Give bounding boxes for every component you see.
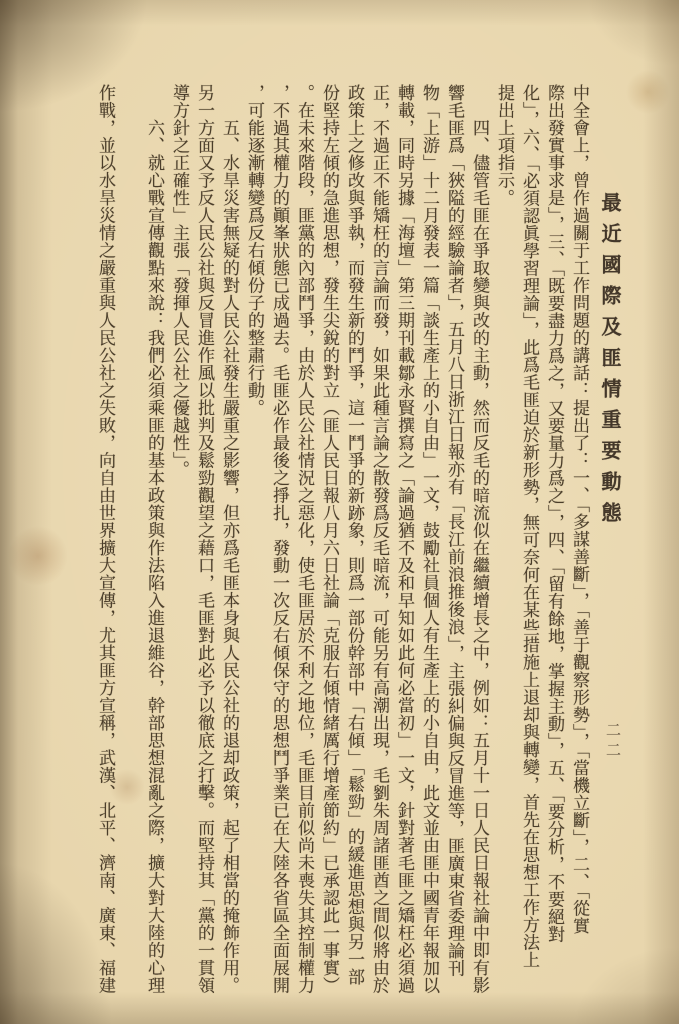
text-column: 五、水旱災害無疑的對人民公社發生嚴重之影響，但亦爲毛匪本身與人民公社的退却政策，…: [213, 84, 238, 1006]
text-column: 六、就心戰宣傳觀點來說：我們必須乘匪的基本政策與作法陷入進退維谷，幹部思想混亂之…: [138, 84, 163, 1006]
page-title: 最近國際及匪情重要動態: [588, 84, 619, 1006]
scanned-document-page: 最近國際及匪情重要動態 中全會上，曾作過關于工作問題的講話：提出了：一、「多謀善…: [0, 0, 679, 1024]
text-column: 導方針之正確性」主張「發揮人民公社之優越性」。: [163, 84, 188, 1006]
text-column: 正，不過正不能矯枉的言論而發，如果此種言論之散發爲反毛暗流，可能另有高潮出現，毛…: [363, 84, 388, 1006]
text-column: 另一方面又予反人民公社與反冒進作風以批判及鬆勁觀望之藉口，毛匪對此必予以徹底之打…: [188, 84, 213, 1006]
text-column: 轉載，同時另據「海壇」第三期刊載鄒永賢撰寫之「論過猶不及和早知如此何必當初」一文…: [388, 84, 413, 1006]
text-column: 化」，六、「必須認眞學習理論」，此爲毛匪迫於新形勢，無可奈何在某些措施上退却與轉…: [513, 84, 538, 1006]
text-column: 份堅持左傾的急進思想，發生尖銳的對立（匪人民日報八月六日社論「克服右傾情緒厲行增…: [313, 84, 338, 1006]
text-column: 際出發實事求是」，三、「既要盡力爲之，又要量力爲之」，四、「留有餘地，掌握主動」…: [538, 84, 563, 1006]
text-column: 政策上之修改與爭執，而發生新的鬥爭，這一鬥爭的新跡象，則爲一部份幹部中「右傾」「…: [338, 84, 363, 1006]
text-column: 物「上游」十二月發表一篇「談生產上的小自由」一文，鼓勵社員個人有生產上的小自由，…: [413, 84, 438, 1006]
text-column: 四、儘管毛匪在爭取變與改的主動，然而反毛的暗流似在繼續增長之中，例如：五月十一日…: [463, 84, 488, 1006]
text-column: 提出上項指示。: [488, 84, 513, 1006]
text-column: ，不過其權力的顚峯狀態已成過去。毛匪必作最後之掙扎，發動一次反右傾保守的思想鬥爭…: [263, 84, 288, 1006]
text-column: 響毛匪爲「狹隘的經驗論者」，五月八日浙江日報亦有「長江前浪推後浪」，主張糾偏與反…: [438, 84, 463, 1006]
text-column: 作戰，並以水旱災情之嚴重與人民公社之失敗，向自由世界擴大宣傳，尤其匪方宣稱，武漢…: [89, 84, 114, 1006]
page-number: 二二: [602, 722, 623, 762]
text-column: 中全會上，曾作過關于工作問題的講話：提出了：一、「多謀善斷」，「善于觀察形勢」，…: [563, 84, 588, 1006]
text-column: 。在未來階段，匪黨的內部鬥爭，由於人民公社情況之惡化，使毛匪居於不利之地位，毛匪…: [288, 84, 313, 1006]
text-column: ，可能逐漸轉變爲反右傾份子的整肅行動。: [238, 84, 263, 1006]
text-area: 最近國際及匪情重要動態 中全會上，曾作過關于工作問題的講話：提出了：一、「多謀善…: [56, 84, 619, 1006]
